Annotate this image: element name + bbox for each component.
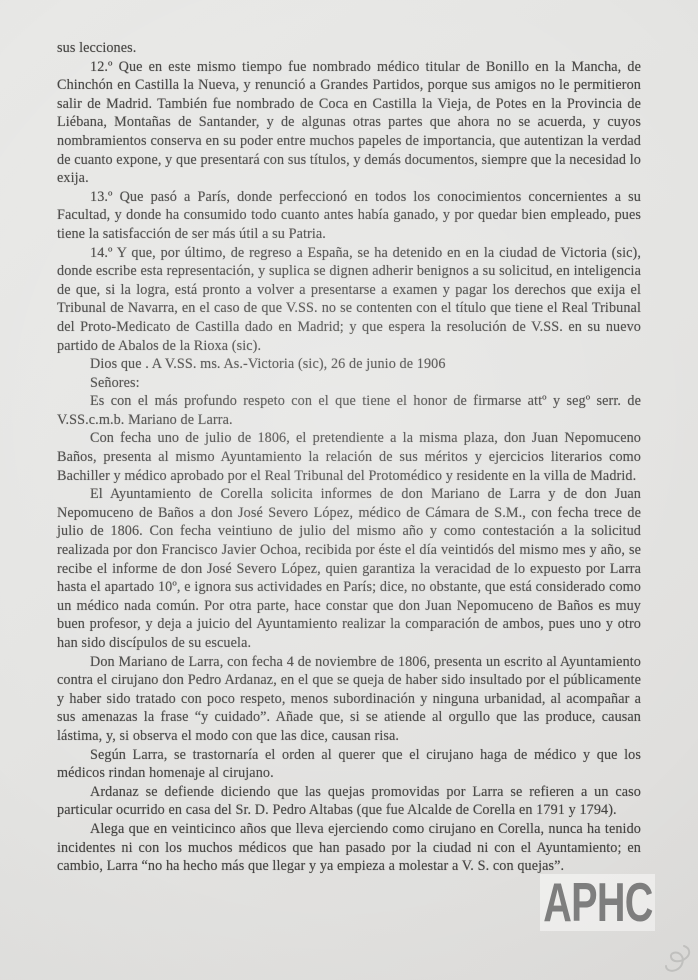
corner-squiggle-mark [654,942,694,978]
paragraph-salutation: Señores: [57,374,641,393]
scanned-document-page: sus lecciones. 12.º Que en este mismo ti… [0,0,698,980]
aphc-watermark: APHC [540,874,655,931]
paragraph-item-12: 12.º Que en este mismo tiempo fue nombra… [57,58,641,188]
paragraph-banos-application: Con fecha uno de julio de 1806, el prete… [57,429,641,485]
paragraph-larra-complaint: Don Mariano de Larra, con fecha 4 de nov… [57,653,641,746]
paragraph-alega: Alega que en veinticinco años que lleva … [57,820,641,876]
paragraph-item-14: 14.º Y que, por último, de regreso a Esp… [57,244,641,356]
paragraph-ayuntamiento-report: El Ayuntamiento de Corella solicita info… [57,485,641,652]
paragraph-item-13: 13.º Que pasó a París, donde perfeccionó… [57,188,641,244]
paragraph-date-line: Dios que . A V.SS. ms. As.-Victoria (sic… [57,355,641,374]
aphc-watermark-text: APHC [543,875,652,930]
paragraph-signature: Es con el más profundo respeto con el qu… [57,392,641,429]
document-text-block: sus lecciones. 12.º Que en este mismo ti… [57,39,641,876]
paragraph-segun-larra: Según Larra, se trastornaría el orden al… [57,746,641,783]
paragraph-ardanaz-defense: Ardanaz se defiende diciendo que las que… [57,783,641,820]
paragraph-continuation: sus lecciones. [57,39,641,58]
